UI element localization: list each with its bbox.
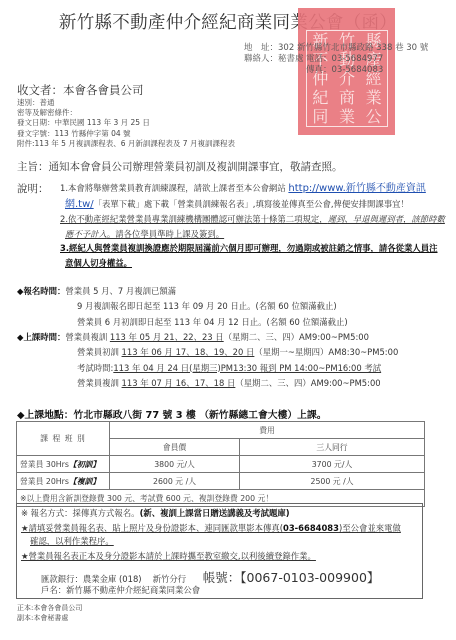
header-group-price: 三人同行	[240, 439, 425, 456]
contact-person: 秘書處	[278, 54, 304, 64]
subject-text: 通知本會會員公司辦理營業員初訓及複訓開課事宜，敬請查照。	[49, 161, 343, 173]
schedule-label: ◆上課時間：	[17, 332, 65, 342]
recipient: 收文者：本會各會員公司	[17, 82, 144, 98]
original-recipient: 正本:本會各會員公司	[17, 603, 82, 613]
header-member-price: 會員價	[110, 439, 240, 456]
seal-char: 公	[360, 107, 387, 126]
seal-char: 業	[334, 107, 361, 126]
registration-method: ※ 報名方式：採傳真方式報名。(新、複訓上課當日贈送講義及考試題庫)	[21, 507, 290, 519]
copy-recipient: 副本:本會秘書處	[17, 613, 82, 623]
contact-info: 地 址：302 新竹縣竹北市縣政路 338 巷 30 號 聯絡人：秘書處 電話：…	[244, 43, 428, 76]
contact-person-line: 聯絡人：秘書處 電話：03-5684977	[244, 54, 428, 65]
description-item-3: 3.經紀人與營業員複訓換證應於期限屆滿前六個月即可辦理，勿過期或被註銷之情事，請…	[60, 241, 445, 270]
address: 302 新竹縣竹北市縣政路 338 巷 30 號	[278, 43, 428, 53]
description: 1.本會將舉辦營業員教育訓練課程，請欲上課者至本公會網站 http://www.…	[60, 181, 445, 270]
notice-star-1: ★請填妥營業員報名表、貼上照片及身份證影本、連同匯款單影本傳真(03-66840…	[21, 522, 401, 534]
subject-label: 主旨：	[17, 161, 49, 173]
fax-number: 03-6684083	[283, 523, 339, 533]
seal-char: 商	[334, 88, 361, 107]
description-item-1: 1.本會將舉辦營業員教育訓練課程，請欲上課者至本公會網站 http://www.…	[60, 181, 445, 212]
registration-line: 9 月複訓報名即日起至 113 年 09 月 20 日止。(名額 60 位額滿截…	[17, 299, 348, 314]
subject: 主旨：通知本會會員公司辦理營業員初訓及複訓開課事宜，敬請查照。	[17, 159, 343, 174]
priority: 速別：普通	[17, 98, 235, 108]
exam-time: 113 年 04 月 24 日(星期三)PM13:30 報到 PM 14:00~…	[113, 363, 381, 373]
registration-line: 營業員 6 月初訓即日起至 113 年 04 月 12 日止。(名額 60 位額…	[17, 315, 348, 330]
class-location: ◆上課地點：竹北市縣政八街 77 號 3 樓 （新竹縣總工會大樓）上課。	[17, 407, 327, 421]
notice-star-2: ★營業員報名表正本及身分證影本請於上課時攜至教室繳交,以利後續登錄作業。	[21, 550, 316, 562]
phone-line: 電話：03-5684977	[306, 54, 383, 65]
distribution-list: 正本:本會各會員公司 副本:本會秘書處	[17, 603, 82, 623]
payee: 戶名：新竹縣不動產仲介經紀商業同業公會	[41, 584, 200, 596]
phone-number: 03-5684977	[332, 54, 384, 64]
notice-star-1-cont: 確認，以利作業程序。	[30, 535, 114, 547]
registration-label: ◆報名時間：	[17, 286, 65, 296]
account-number: 【0067-0103-009900】	[240, 570, 379, 585]
document-meta: 速別：普通 密等及解密條件： 發文日期：中華民國 113 年 3 月 25 日 …	[17, 98, 235, 149]
schedule-date: 113 年 05 月 21、22、23 日	[110, 332, 224, 342]
seal-char: 同	[307, 107, 334, 126]
registration-section: ◆報名時間：營業員 5 月、7 月複訓已額滿 9 月複訓報名即日起至 113 年…	[17, 284, 348, 330]
schedule-date: 113 年 06 月 17、18、19、20 日	[122, 347, 255, 357]
seal-char: 紀	[307, 88, 334, 107]
table-row: 營業員 30Hrs【初訓】 3800 元/人 3700 元/人	[17, 456, 425, 473]
document-number: 發文字號：113 竹縣仲字第 04 號	[17, 129, 235, 139]
table-row: 營業員 20Hrs【複訓】 2600 元 /人 2500 元 /人	[17, 473, 425, 490]
attachments: 附件:113 年 5 月複訓課程表、6 月新訓課程表及 7 月複訓課程表	[17, 139, 235, 149]
schedule-section: ◆上課時間：營業員複訓 113 年 05 月 21、22、23 日（星期二、三、…	[17, 330, 398, 391]
registration-line: 營業員 5 月、7 月複訓已額滿	[65, 286, 176, 296]
description-item-2: 2.依不動產經紀業營業員專業訓練機構團體認可辦法第十條第二項規定，遲到、早退與遲…	[60, 212, 445, 241]
description-label: 說明：	[17, 181, 49, 196]
header-course: 課 程 班 別	[17, 422, 110, 456]
fax-number: 03-5684083	[332, 65, 384, 75]
registration-notice-box: ※ 報名方式：採傳真方式報名。(新、複訓上課當日贈送講義及考試題庫) ★請填妥營…	[16, 503, 423, 599]
address-line: 地 址：302 新竹縣竹北市縣政路 338 巷 30 號	[244, 43, 428, 54]
issue-date: 發文日期：中華民國 113 年 3 月 25 日	[17, 118, 235, 128]
fax-line: 傳真：03-5684083	[244, 65, 428, 76]
classification: 密等及解密條件：	[17, 108, 235, 118]
seal-char: 業	[360, 88, 387, 107]
schedule-date: 113 年 07 月 16、17、18 日	[122, 378, 236, 388]
fee-table: 課 程 班 別 費用 會員價 三人同行 營業員 30Hrs【初訓】 3800 元…	[16, 421, 425, 507]
header-fee: 費用	[110, 422, 425, 439]
